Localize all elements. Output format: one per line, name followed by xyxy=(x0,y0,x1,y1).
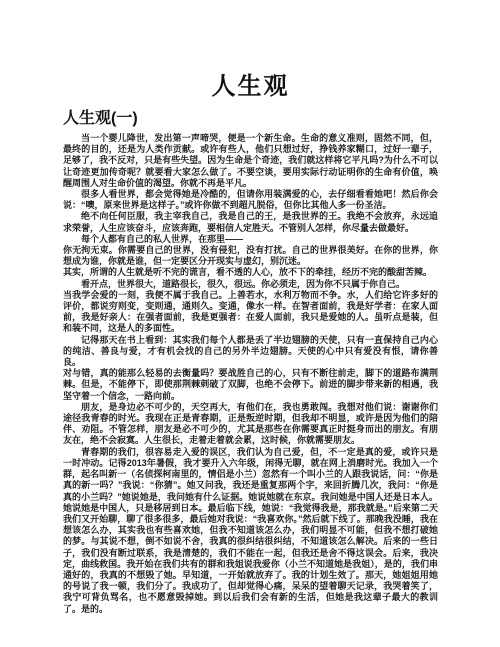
section-heading: 人生观(一) xyxy=(63,109,438,128)
document-viewport: { "document": { "title": "人生观", "section… xyxy=(0,0,500,647)
document-title: 人生观 xyxy=(63,74,438,100)
paragraph: 对与错，真的能那么轻易的去衡量吗？要战胜自己的心，只有不断往前走，脚下的道路布满… xyxy=(63,368,438,402)
paragraph: 记得那天在书上看到：其实我们每个人都是丢了半边翅膀的天使，只有一直保持自己内心的… xyxy=(63,335,438,369)
paragraph: 其实，所谓的人生就是听不完的谎言，看不透的人心，放不下的牵挂，经历不完的酸甜苦辣… xyxy=(63,267,438,278)
paragraph: 很多人看世界，都会觉得她是冷酷的，但请你用装满爱的心，去仔细看看她吧！然后你会说… xyxy=(63,189,438,211)
paragraph: 朋友，是身边必不可少的，天空再大，有他们在，我也勇敢闯。我想对他们说：谢谢你们途… xyxy=(63,402,438,447)
paragraph: 看开点，世界很大，道路很长，很久，很远。你必须走，因为你不只属于你自己。 xyxy=(63,279,438,290)
paragraph: 你无拘无束。你需要自己的世界，没有侵犯，没有打扰。自己的世界很美好。在你的世界，… xyxy=(63,245,438,267)
paragraph: 每个人都有自己的私人世界，在那里—— xyxy=(63,234,438,245)
paragraph: 当我学会爱的一刻，我便不属于我自己。上善若水，水利万物而不争。水，人们给它许多好… xyxy=(63,290,438,335)
paragraph: 青春期的我们，很容易走入爱的误区，我们认为自己爱，但，不一定是真的爱，或许只是一… xyxy=(63,447,438,615)
article-body: 当一个婴儿降世，发出第一声啼哭，便是一个新生命。生命的意义准则，固然不同，但，最… xyxy=(63,133,438,615)
document-page: 人生观 人生观(一) 当一个婴儿降世，发出第一声啼哭，便是一个新生命。生命的意义… xyxy=(0,0,500,647)
paragraph: 绝不向任何臣服，我主宰我自己，我是自己的王，是我世界的王。我绝不会放弃，永远追求… xyxy=(63,211,438,233)
paragraph: 当一个婴儿降世，发出第一声啼哭，便是一个新生命。生命的意义准则，固然不同，但，最… xyxy=(63,133,438,189)
